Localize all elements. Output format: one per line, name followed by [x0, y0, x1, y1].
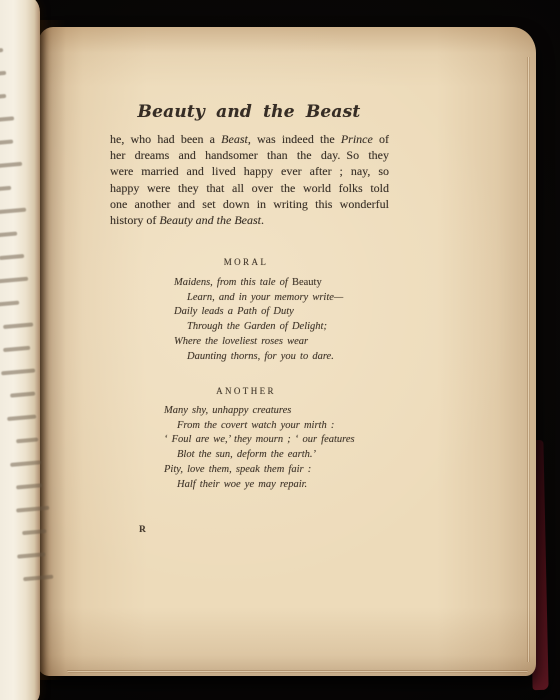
text-segment: one another and set down in writing this…: [110, 197, 389, 211]
text-segment: history of: [110, 213, 159, 227]
text-segment: From the covert watch your mirth :: [177, 420, 334, 431]
text-line: one another and set down in writing this…: [110, 196, 389, 212]
text-segment: Beauty and the Beast: [159, 213, 261, 227]
text-segment: , was indeed the: [248, 132, 341, 146]
text-segment: Through the Garden of Delight;: [187, 321, 327, 332]
text-line: Blot the sun, deform the earth.’: [164, 448, 355, 463]
text-segment: Where the loveliest roses wear: [174, 336, 308, 347]
text-segment: Daunting thorns, for you to dare.: [187, 351, 334, 362]
text-line: Maidens, from this tale of Beauty: [174, 276, 343, 291]
text-line: Many shy, unhappy creatures: [164, 404, 355, 419]
text-segment: her dreams and handsomer than the day. S…: [110, 148, 389, 162]
text-segment: Daily leads a Path of Duty: [174, 306, 294, 317]
text-segment: ‘ Foul are we,’ they mourn ; ‘ our featu…: [164, 434, 355, 445]
text-segment: happy were they that all over the world …: [110, 181, 389, 195]
moral-verse: Maidens, from this tale of BeautyLearn, …: [174, 276, 343, 364]
text-line: Pity, love them, speak them fair :: [164, 463, 355, 478]
text-segment: Learn, and in your memory write—: [187, 292, 343, 303]
text-line: happy were they that all over the world …: [110, 180, 389, 196]
text-segment: Beauty: [292, 277, 322, 288]
text-segment: he, who had been a: [110, 132, 221, 146]
text-line: Half their woe ye may repair.: [164, 478, 355, 493]
text-line: Daunting thorns, for you to dare.: [174, 350, 343, 365]
book-photo: Beauty and the Beast he, who had been a …: [0, 0, 560, 700]
text-segment: Maidens, from this tale of: [174, 277, 292, 288]
text-line: Where the loveliest roses wear: [174, 335, 343, 350]
text-line: Learn, and in your memory write—: [174, 291, 343, 306]
signature-mark: R: [139, 525, 146, 535]
page-title: Beauty and the Beast: [110, 102, 388, 122]
opening-paragraph: he, who had been a Beast, was indeed the…: [110, 131, 389, 228]
text-line: From the covert watch your mirth :: [164, 419, 355, 434]
text-segment: .: [261, 213, 264, 227]
text-line: Daily leads a Path of Duty: [174, 305, 343, 320]
text-segment: Many shy, unhappy creatures: [164, 405, 291, 416]
printed-text-layer: Beauty and the Beast he, who had been a …: [0, 0, 560, 700]
text-segment: were married and lived happy ever after …: [110, 164, 389, 178]
moral-heading: MORAL: [110, 257, 382, 267]
text-line: history of Beauty and the Beast.: [110, 212, 389, 228]
another-verse: Many shy, unhappy creaturesFrom the cove…: [164, 404, 355, 492]
text-line: he, who had been a Beast, was indeed the…: [110, 131, 389, 147]
text-segment: Blot the sun, deform the earth.’: [177, 449, 316, 460]
text-segment: Half their woe ye may repair.: [177, 479, 307, 490]
text-line: were married and lived happy ever after …: [110, 163, 389, 179]
text-line: her dreams and handsomer than the day. S…: [110, 147, 389, 163]
another-heading: ANOTHER: [110, 386, 382, 396]
text-line: ‘ Foul are we,’ they mourn ; ‘ our featu…: [164, 433, 355, 448]
text-segment: Pity, love them, speak them fair :: [164, 464, 311, 475]
text-segment: Prince: [341, 132, 373, 146]
text-line: Through the Garden of Delight;: [174, 320, 343, 335]
text-segment: of: [373, 132, 389, 146]
text-segment: Beast: [221, 132, 248, 146]
